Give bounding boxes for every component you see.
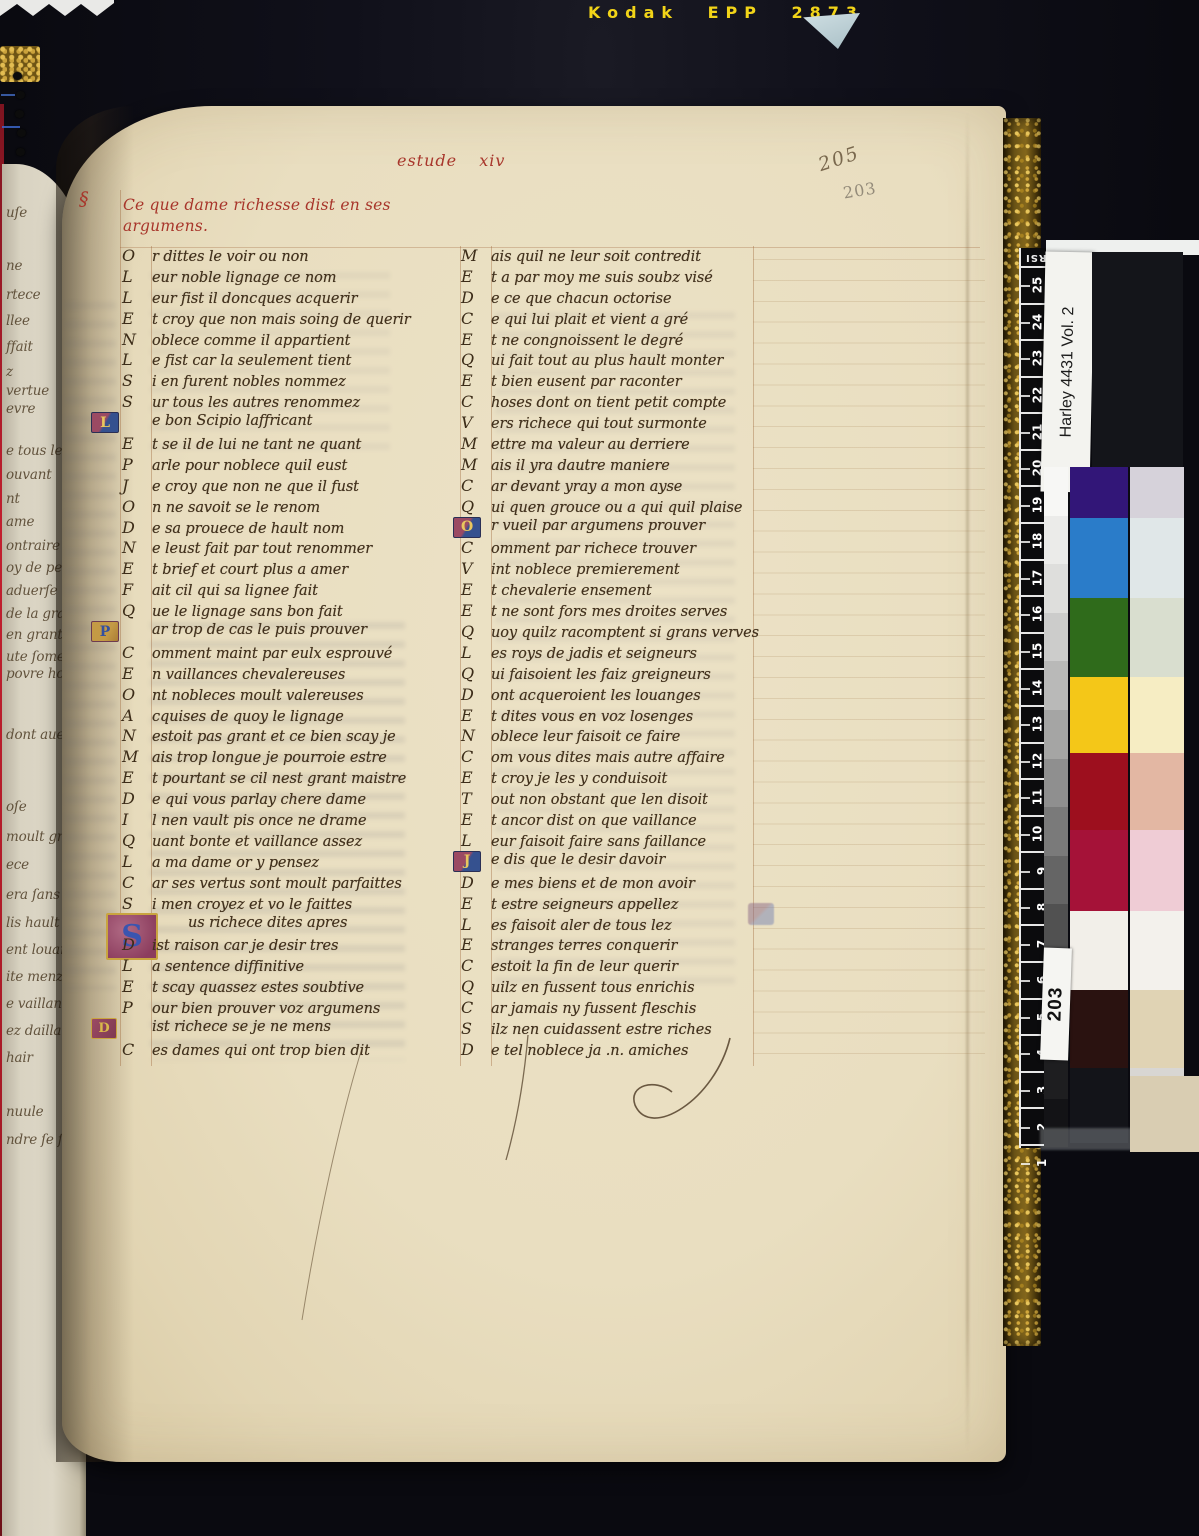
verse-initial: L — [461, 831, 491, 850]
verse-text: arle pour noblece quil eust — [152, 458, 347, 474]
verse-initial: M — [461, 246, 491, 265]
color-patch — [1130, 990, 1184, 1068]
verse-line: E t brief et court plus a amer — [122, 559, 462, 580]
verse-line: D e mes biens et de mon avoir — [461, 873, 801, 894]
edge-text-fragment: ite menz — [6, 969, 63, 985]
ruler-tick: 16 — [1021, 595, 1046, 632]
ruler-tick: 12 — [1021, 742, 1046, 779]
color-patch — [1070, 598, 1128, 677]
verse-text: e leust fait par tout renommer — [152, 541, 372, 557]
verse-text: ar jamais ny fussent fleschis — [491, 1001, 696, 1017]
verse-text: oblece comme il appartient — [152, 333, 350, 349]
verse-line: C hoses dont on tient petit compte — [461, 392, 801, 413]
color-patch — [1070, 518, 1128, 598]
verse-text: t dites vous en voz losenges — [491, 709, 693, 725]
ruler-tick: 25 — [1021, 266, 1046, 303]
verse-text: es faisoit aler de tous lez — [491, 918, 672, 934]
verse-text: ist raison car je desir tres — [152, 938, 338, 954]
verse-initial: T — [461, 789, 491, 808]
verse-line: E t croy je les y conduisoit — [461, 768, 801, 789]
edge-text-fragment: evre — [6, 401, 35, 417]
verse-line: L e fist car la seulement tient — [122, 350, 462, 371]
ruler-number: 14 — [1031, 679, 1045, 696]
edge-text-fragment: ndre ſe ſi — [6, 1132, 67, 1148]
verse-initial: O — [122, 497, 152, 516]
verse-text: ers richece qui tout surmonte — [491, 416, 707, 432]
verse-text: oblece leur faisoit ce faire — [491, 729, 680, 745]
ruler-tick: 7 — [1021, 924, 1046, 961]
verse-text: es roys de jadis et seigneurs — [491, 646, 697, 662]
verse-initial: M — [122, 747, 152, 766]
edge-text-fragment: ffait — [6, 339, 33, 355]
verse-initial: C — [461, 309, 491, 328]
verse-text: ettre ma valeur au derriere — [491, 437, 690, 453]
ruler-number: 11 — [1031, 789, 1045, 806]
gray-step — [1044, 467, 1068, 516]
verse-initial: L — [91, 412, 119, 433]
ruler-tick: 14 — [1021, 668, 1046, 705]
verse-line: C ar jamais ny fussent fleschis — [461, 998, 801, 1019]
verse-text: ais trop longue je pourroie estre — [152, 750, 387, 766]
verse-text: our bien prouver voz argumens — [152, 1001, 380, 1017]
gray-step — [1044, 710, 1068, 759]
verse-line: O n ne savoit se le renom — [122, 497, 462, 518]
shelfmark-card: Harley 4431 Vol. 2 — [1040, 252, 1094, 493]
verse-text: e bon Scipio laffricant — [152, 413, 312, 429]
verse-initial: C — [122, 1040, 152, 1059]
verse-text: l nen vault pis once ne drame — [152, 813, 367, 829]
verse-text: ais quil ne leur soit contredit — [491, 249, 701, 265]
verse-initial: E — [461, 371, 491, 390]
verse-text: e qui vous parlay chere dame — [152, 792, 366, 808]
verse-line: D ont acqueroient les louanges — [461, 685, 801, 706]
verse-text: ont acqueroient les louanges — [491, 688, 701, 704]
verse-text: t a par moy me suis soubz visé — [491, 270, 713, 286]
ruler-tick: 24 — [1021, 303, 1046, 340]
verse-line: J e croy que non ne que il fust — [122, 476, 462, 497]
verse-line: E t chevalerie ensement — [461, 580, 801, 601]
verse-line: N e leust fait par tout renommer — [122, 538, 462, 559]
ruler-number: 13 — [1031, 716, 1045, 733]
verse-initial: O — [122, 685, 152, 704]
verse-initial: Q — [122, 601, 152, 620]
verse-line: V ers richece qui tout surmonte — [461, 413, 801, 434]
verse-text: n vaillances chevalereuses — [152, 667, 345, 683]
ruler-tick: 3 — [1021, 1071, 1046, 1108]
verse-initial: D — [122, 518, 152, 537]
verse-line: E t pourtant se cil nest grant maistre — [122, 768, 462, 789]
verse-text: eur noble lignage ce nom — [152, 270, 336, 286]
color-patch — [1130, 830, 1184, 911]
verse-text: out non obstant que len disoit — [491, 792, 708, 808]
film-notch-triangle — [802, 13, 860, 49]
verse-initial: C — [461, 538, 491, 557]
verse-text: t pourtant se cil nest grant maistre — [152, 771, 406, 787]
verse-text: ar trop de cas le puis prouver — [152, 622, 367, 638]
verse-initial: S — [122, 371, 152, 390]
edge-text-fragment: rtece — [6, 287, 40, 303]
ruler-tick: 18 — [1021, 522, 1046, 559]
verse-line: S us richece dites apres — [122, 915, 462, 936]
ruler-tick: 13 — [1021, 705, 1046, 742]
verse-text: a sentence diffinitive — [152, 959, 304, 975]
verse-initial: E — [461, 768, 491, 787]
verse-line: L eur fist il doncques acquerir — [122, 288, 462, 309]
verse-text: ait cil qui sa lignee fait — [152, 583, 318, 599]
verse-text: ais il yra dautre maniere — [491, 458, 670, 474]
verse-line: L eur faisoit faire sans faillance — [461, 831, 801, 852]
verse-line: O r vueil par argumens prouver — [461, 518, 801, 539]
verse-text: t brief et court plus a amer — [152, 562, 348, 578]
verse-text: t estre seigneurs appellez — [491, 897, 678, 913]
saturated-color-column — [1070, 467, 1128, 1143]
verse-text: r vueil par argumens prouver — [491, 518, 705, 534]
verse-line: D e ce que chacun octorise — [461, 288, 801, 309]
verse-line: D e qui vous parlay chere dame — [122, 789, 462, 810]
verse-initial: E — [461, 706, 491, 725]
verse-text: t chevalerie ensement — [491, 583, 652, 599]
verse-line: C omment par richece trouver — [461, 538, 801, 559]
verse-line: Q ui quen grouce ou a qui quil plaise — [461, 497, 801, 518]
ink-offset-smudge — [748, 903, 774, 925]
verse-initial: E — [461, 330, 491, 349]
verse-initial: Q — [122, 831, 152, 850]
verse-text: e croy que non ne que il fust — [152, 479, 359, 495]
verse-initial: P — [122, 455, 152, 474]
verse-text: uilz en fussent tous enrichis — [491, 980, 694, 996]
verse-initial: L — [122, 852, 152, 871]
verse-initial: P — [122, 998, 152, 1017]
ruler-tick: 9 — [1021, 851, 1046, 888]
ruler-number: 15 — [1031, 643, 1045, 660]
verse-line: Q uilz en fussent tous enrichis — [461, 977, 801, 998]
verse-line: E t croy que non mais soing de querir — [122, 309, 462, 330]
verse-line: A cquises de quoy le lignage — [122, 706, 462, 727]
verse-text: t croy que non mais soing de querir — [152, 312, 411, 328]
manuscript-photograph: Kodak EPP 2873 uſenertecelleeffaitzvertu… — [0, 0, 1199, 1536]
edge-text-fragment: nuule — [6, 1104, 43, 1120]
color-patch — [1130, 518, 1184, 598]
edge-text-fragment: nt — [6, 491, 20, 507]
verse-initial: E — [461, 267, 491, 286]
edge-text-fragment: e vaillans — [6, 996, 69, 1012]
color-patch — [1130, 467, 1184, 518]
verse-initial: D — [122, 789, 152, 808]
gray-step — [1044, 856, 1068, 905]
verse-line: L eur noble lignage ce nom — [122, 267, 462, 288]
verse-initial: V — [461, 413, 491, 432]
verse-line: J e dis que le desir davoir — [461, 852, 801, 873]
verse-line: O r dittes le voir ou non — [122, 246, 462, 267]
color-patch — [1070, 467, 1128, 518]
card-backing — [1130, 1076, 1199, 1152]
verse-text: t ne congnoissent le degré — [491, 333, 683, 349]
verse-line: L e bon Scipio laffricant — [122, 413, 462, 434]
edge-text-fragment: lis hault — [6, 915, 59, 931]
verse-line: C e qui lui plait et vient a gré — [461, 309, 801, 330]
verse-text: hoses dont on tient petit compte — [491, 395, 726, 411]
shelfmark-label: Harley 4431 Vol. 2 — [1057, 306, 1078, 437]
verse-text: estoit la fin de leur querir — [491, 959, 678, 975]
verse-initial: D — [461, 685, 491, 704]
edge-text-fragment: ece — [6, 857, 29, 873]
verse-initial: L — [122, 267, 152, 286]
verse-initial: N — [461, 726, 491, 745]
verse-initial: E — [461, 894, 491, 913]
gray-step — [1044, 564, 1068, 613]
ruler-number: 1 — [1035, 1159, 1049, 1167]
ruler-tick: 11 — [1021, 778, 1046, 815]
ruler-number: 19 — [1031, 496, 1045, 513]
verse-initial: V — [461, 559, 491, 578]
color-patch — [1130, 911, 1184, 990]
verse-line: M ais trop longue je pourroie estre — [122, 747, 462, 768]
verse-line: Q uoy quilz racomptent si grans verves — [461, 622, 801, 643]
verse-text: r dittes le voir ou non — [152, 249, 308, 265]
ruler-number: 18 — [1031, 533, 1045, 550]
edge-text-fragment: hair — [6, 1050, 33, 1066]
verse-line: N oblece leur faisoit ce faire — [461, 726, 801, 747]
verse-line: V int noblece premierement — [461, 559, 801, 580]
verse-line: Q ui faisoient les faiz greigneurs — [461, 664, 801, 685]
verse-line: C om vous dites mais autre affaire — [461, 747, 801, 768]
verse-text: e qui lui plait et vient a gré — [491, 312, 688, 328]
verse-text: t croy je les y conduisoit — [491, 771, 667, 787]
verse-initial: E — [461, 810, 491, 829]
folio-tag: 203 — [1040, 948, 1072, 1061]
verse-line: C ar devant yray a mon ayse — [461, 476, 801, 497]
verse-line: E t scay quassez estes soubtive — [122, 977, 462, 998]
verse-initial: N — [122, 330, 152, 349]
verse-initial: Q — [461, 977, 491, 996]
ruler-number: 24 — [1031, 314, 1045, 331]
edge-text-fragment: uſe — [6, 205, 27, 221]
verse-text: ue le lignage sans bon fait — [152, 604, 343, 620]
verse-initial: P — [91, 621, 119, 642]
color-patch — [1070, 677, 1128, 753]
ruler-tick: 8 — [1021, 888, 1046, 925]
verse-initial: C — [122, 873, 152, 892]
verse-line: E t ancor dist on que vaillance — [461, 810, 801, 831]
edge-text-fragment: oſe — [6, 799, 27, 815]
verse-initial: Q — [461, 350, 491, 369]
verse-line: L es roys de jadis et seigneurs — [461, 643, 801, 664]
black-reference-patch — [1092, 252, 1183, 467]
verse-initial: O — [453, 517, 481, 538]
edge-text-fragment: vertue — [6, 383, 49, 399]
color-patch — [1070, 990, 1128, 1068]
verse-initial: E — [461, 935, 491, 954]
ruler-number: 17 — [1031, 570, 1045, 587]
verse-initial: Q — [461, 664, 491, 683]
gray-step — [1044, 759, 1068, 808]
verse-line: D ist raison car je desir tres — [122, 935, 462, 956]
verse-line: S ur tous les autres renommez — [122, 392, 462, 413]
verse-initial: Q — [461, 622, 491, 641]
verse-initial: L — [122, 350, 152, 369]
verse-line: N estoit pas grant et ce bien scay je — [122, 726, 462, 747]
running-title: estude xiv — [397, 151, 505, 170]
verse-initial: E — [461, 580, 491, 599]
verse-text: estoit pas grant et ce bien scay je — [152, 729, 396, 745]
verse-text: nt nobleces moult valereuses — [152, 688, 364, 704]
ruler-number: 16 — [1031, 606, 1045, 623]
verse-line: M ais quil ne leur soit contredit — [461, 246, 801, 267]
verse-initial: E — [122, 664, 152, 683]
verse-line: F ait cil qui sa lignee fait — [122, 580, 462, 601]
gray-step — [1044, 613, 1068, 662]
rubric-line-2: argumens. — [123, 216, 391, 237]
verse-text: i en furent nobles nommez — [152, 374, 346, 390]
verse-text: ar devant yray a mon ayse — [491, 479, 682, 495]
edge-text-fragment: aduerſe — [6, 583, 57, 599]
verse-line: I l nen vault pis once ne drame — [122, 810, 462, 831]
verse-initial: L — [461, 915, 491, 934]
edge-text-fragment: ontraire — [6, 538, 60, 554]
color-patch — [1130, 677, 1184, 753]
verse-text: t bien eusent par raconter — [491, 374, 682, 390]
glare-streak — [1040, 1128, 1132, 1150]
verse-line: Q ue le lignage sans bon fait — [122, 601, 462, 622]
verse-line: T out non obstant que len disoit — [461, 789, 801, 810]
verse-text: eur faisoit faire sans faillance — [491, 834, 706, 850]
verse-initial: E — [122, 434, 152, 453]
ruler-number: 10 — [1031, 826, 1045, 843]
ruler-tick: 15 — [1021, 632, 1046, 669]
verse-text: ui quen grouce ou a qui quil plaise — [491, 500, 742, 516]
verse-initial: O — [122, 246, 152, 265]
verse-initial: N — [122, 726, 152, 745]
edge-text-fragment: ute ſome — [6, 649, 65, 665]
color-patch — [1130, 598, 1184, 677]
verse-initial: A — [122, 706, 152, 725]
edge-text-fragment: ouvant — [6, 467, 51, 483]
verse-initial: L — [461, 643, 491, 662]
verse-text: omment maint par eulx esprouvé — [152, 646, 392, 662]
verse-line: P ar trop de cas le puis prouver — [122, 622, 462, 643]
verse-line: P our bien prouver voz argumens — [122, 998, 462, 1019]
verse-initial: N — [122, 538, 152, 557]
ruler-number: 12 — [1031, 752, 1045, 769]
verse-line: N oblece comme il appartient — [122, 330, 462, 351]
verse-text: omment par richece trouver — [491, 541, 696, 557]
color-patch — [1070, 830, 1128, 911]
verse-initial: J — [453, 851, 481, 872]
verse-text: e mes biens et de mon avoir — [491, 876, 695, 892]
verse-text: t scay quassez estes soubtive — [152, 980, 364, 996]
ruler-number: 25 — [1031, 277, 1045, 294]
verse-text: e sa prouece de hault nom — [152, 521, 344, 537]
verse-line: L a sentence diffinitive — [122, 956, 462, 977]
verse-initial: E — [122, 309, 152, 328]
verse-initial: E — [461, 601, 491, 620]
verse-text: ar ses vertus sont moult parfaittes — [152, 876, 402, 892]
color-patch — [1070, 911, 1128, 990]
verse-line: E t dites vous en voz losenges — [461, 706, 801, 727]
verse-text: a ma dame or y pensez — [152, 855, 319, 871]
verse-text: t ne sont fors mes droites serves — [491, 604, 727, 620]
edge-text-fragment: llee — [6, 313, 30, 329]
gray-step — [1044, 516, 1068, 565]
edge-text-fragment: e tous lez — [6, 443, 69, 459]
verse-text: t se il de lui ne tant ne quant — [152, 437, 361, 453]
text-column-1: O r dittes le voir ou non L eur noble li… — [122, 246, 462, 1061]
verse-initial: M — [461, 455, 491, 474]
verse-initial: S — [122, 392, 152, 411]
verse-line: E n vaillances chevalereuses — [122, 664, 462, 685]
verse-text: uoy quilz racomptent si grans verves — [491, 625, 759, 641]
verse-initial: D — [461, 873, 491, 892]
color-patch — [1070, 753, 1128, 830]
verse-initial: J — [122, 476, 152, 495]
verse-text: ui faisoient les faiz greigneurs — [491, 667, 711, 683]
verse-initial: C — [461, 747, 491, 766]
verse-initial: E — [122, 559, 152, 578]
verse-initial: I — [122, 810, 152, 829]
edge-text-fragment: en grant — [6, 627, 63, 643]
verse-line: C ar ses vertus sont moult parfaittes — [122, 873, 462, 894]
verse-initial: F — [122, 580, 152, 599]
verse-initial: C — [461, 392, 491, 411]
rubric: Ce que dame richesse dist en ses argumen… — [123, 195, 391, 237]
edge-text-fragment: ame — [6, 514, 34, 530]
verse-initial: D — [91, 1018, 117, 1039]
verse-initial: S — [122, 894, 152, 913]
verse-initial: M — [461, 434, 491, 453]
verse-text: uant bonte et vaillance assez — [152, 834, 362, 850]
paraph-mark: § — [79, 188, 89, 210]
verse-line: S i men croyez et vo le faittes — [122, 894, 462, 915]
verse-text: us richece dites apres — [188, 915, 347, 931]
verse-text: e fist car la seulement tient — [152, 353, 351, 369]
verse-text: e ce que chacun octorise — [491, 291, 671, 307]
color-patch — [1130, 753, 1184, 830]
verse-initial: D — [461, 288, 491, 307]
folio-tag-label: 203 — [1044, 986, 1067, 1021]
verse-line: M ais il yra dautre maniere — [461, 455, 801, 476]
ruler-label: RSI — [1025, 252, 1047, 263]
gray-step — [1044, 807, 1068, 856]
verse-line: P arle pour noblece quil eust — [122, 455, 462, 476]
verse-line: E t ne sont fors mes droites serves — [461, 601, 801, 622]
verse-line: E t a par moy me suis soubz visé — [461, 267, 801, 288]
verse-line: Q uant bonte et vaillance assez — [122, 831, 462, 852]
verse-line: O nt nobleces moult valereuses — [122, 685, 462, 706]
verse-line: E t se il de lui ne tant ne quant — [122, 434, 462, 455]
verse-text: eur fist il doncques acquerir — [152, 291, 358, 307]
gray-step — [1044, 904, 1068, 953]
verse-line: C omment maint par eulx esprouvé — [122, 643, 462, 664]
verse-initial: D — [122, 935, 152, 954]
verse-initial: L — [122, 956, 152, 975]
gray-step — [1044, 661, 1068, 710]
text-column-2: M ais quil ne leur soit contredit E t a … — [461, 246, 801, 1061]
ruler-tick: 17 — [1021, 559, 1046, 596]
verse-line: L a ma dame or y pensez — [122, 852, 462, 873]
verse-initial: E — [122, 977, 152, 996]
edge-text-fragment: ne — [6, 258, 22, 274]
verse-text: stranges terres conquerir — [491, 938, 677, 954]
verse-line: M ettre ma valeur au derriere — [461, 434, 801, 455]
verse-initial: Q — [461, 497, 491, 516]
ruler-tick: 10 — [1021, 815, 1046, 852]
verse-text: i men croyez et vo le faittes — [152, 897, 352, 913]
pale-color-column — [1130, 467, 1184, 1143]
verse-text: int noblece premierement — [491, 562, 680, 578]
verse-text: t ancor dist on que vaillance — [491, 813, 697, 829]
verse-text: cquises de quoy le lignage — [152, 709, 344, 725]
edge-text-fragment: z — [6, 364, 13, 380]
